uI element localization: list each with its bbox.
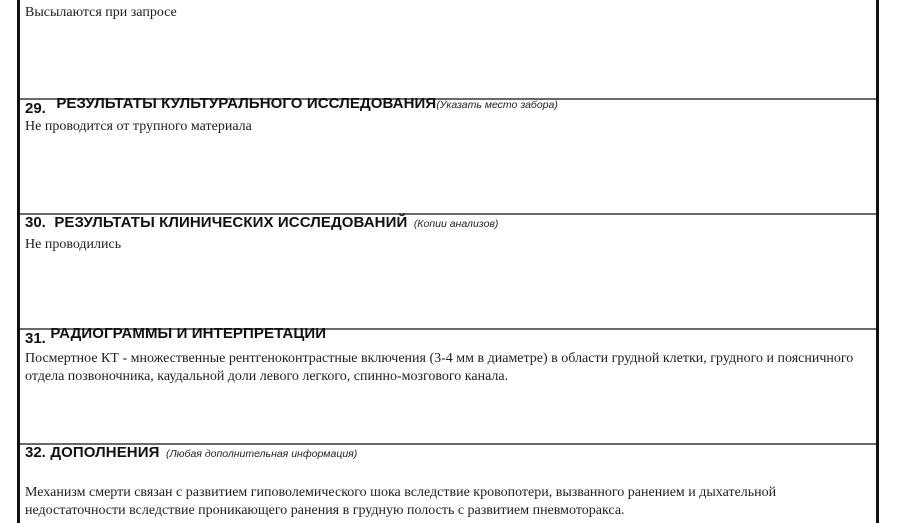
section-32-number: 32. xyxy=(25,444,46,461)
section-29-number: 29. xyxy=(25,100,46,117)
section-30-title: РЕЗУЛЬТАТЫ КЛИНИЧЕСКИХ ИССЛЕДОВАНИЙ xyxy=(54,214,407,231)
section-31-body: Посмертное КТ - множественные рентгеноко… xyxy=(25,350,868,386)
section-31-title: РАДИОГРАММЫ И ИНТЕРПРЕТАЦИИ xyxy=(50,325,326,342)
section-29-heading: 29. РЕЗУЛЬТАТЫ КУЛЬТУРАЛЬНОГО ИССЛЕДОВАН… xyxy=(25,95,558,113)
section-30-body: Не проводились xyxy=(25,236,868,254)
section-30-clinical-results: 30. РЕЗУЛЬТАТЫ КЛИНИЧЕСКИХ ИССЛЕДОВАНИЙ … xyxy=(20,214,876,329)
section-31-heading: 31. РАДИОГРАММЫ И ИНТЕРПРЕТАЦИИ xyxy=(25,325,326,343)
section-30-number: 30. xyxy=(25,214,46,231)
section-29-title: РЕЗУЛЬТАТЫ КУЛЬТУРАЛЬНОГО ИССЛЕДОВАНИЯ xyxy=(56,95,436,112)
section-29-culture-results: 29. РЕЗУЛЬТАТЫ КУЛЬТУРАЛЬНОГО ИССЛЕДОВАН… xyxy=(20,99,876,214)
section-32-note: (Любая дополнительная информация) xyxy=(166,448,357,460)
section-29-note: (Указать место забора) xyxy=(436,99,558,111)
section-31-number: 31. xyxy=(25,330,46,347)
section-28-body: Высылаются при запросе xyxy=(25,4,868,22)
section-28-attachments: Высылаются при запросе xyxy=(20,0,876,99)
section-32-additional-info: 32. ДОПОЛНЕНИЯ (Любая дополнительная инф… xyxy=(20,444,876,523)
section-30-note: (Копии анализов) xyxy=(414,218,499,230)
section-30-heading: 30. РЕЗУЛЬТАТЫ КЛИНИЧЕСКИХ ИССЛЕДОВАНИЙ … xyxy=(25,214,498,232)
section-31-radiographs: 31. РАДИОГРАММЫ И ИНТЕРПРЕТАЦИИ Посмертн… xyxy=(20,329,876,444)
autopsy-report-form-page: Высылаются при запросе 29. РЕЗУЛЬТАТЫ КУ… xyxy=(17,0,879,523)
section-32-heading: 32. ДОПОЛНЕНИЯ (Любая дополнительная инф… xyxy=(25,444,357,462)
section-32-title: ДОПОЛНЕНИЯ xyxy=(50,444,159,461)
section-29-body: Не проводится от трупного материала xyxy=(25,118,868,136)
section-32-body: Механизм смерти связан с развитием гипов… xyxy=(25,484,868,520)
